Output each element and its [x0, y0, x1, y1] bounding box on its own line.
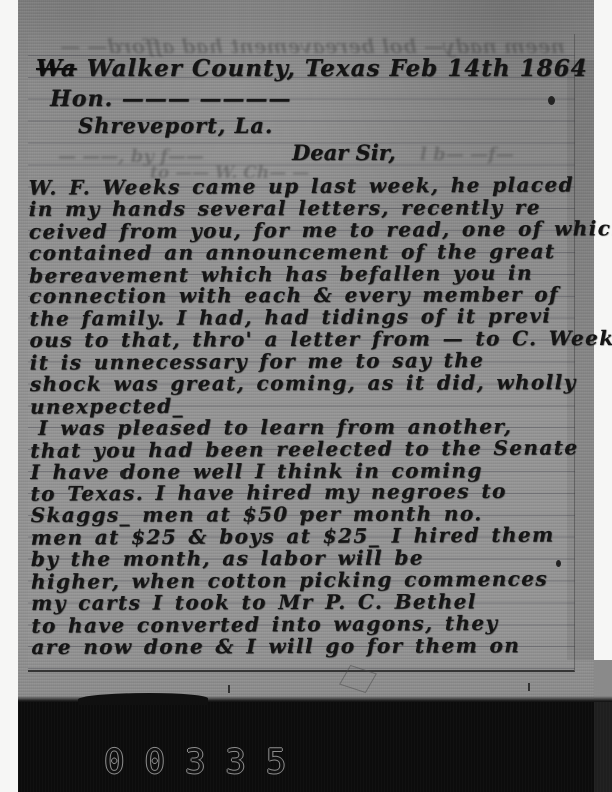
scratched-out-word: Wa [36, 55, 77, 82]
handwriting-line: shock was great, coming, as it did, whol… [30, 372, 578, 396]
handwriting-line: connection with each & every member of [29, 284, 577, 308]
ink-speck [120, 470, 125, 478]
margin-tick-mark [528, 683, 530, 691]
dateline-text: Walker County, Texas Feb 14th 1864 [87, 55, 588, 82]
frame-counter-digits: 00335 [104, 742, 306, 782]
handwriting-line: I was pleased to learn from another, [30, 416, 578, 440]
letter-dateline: WaWalker County, Texas Feb 14th 1864 [36, 55, 588, 82]
letter-body: W. F. Weeks came up last week, he placed… [29, 174, 580, 659]
handwriting-line: are now done & I will go for them on [31, 635, 579, 659]
margin-tick-mark [228, 685, 230, 693]
handwriting-line: I have done well I think in coming [30, 460, 578, 484]
handwriting-line: by the month, as labor will be [31, 547, 579, 571]
handwriting-line: my carts I took to Mr P. C. Bethel [31, 591, 579, 615]
ink-speck [548, 96, 555, 105]
bleedthrough-line: l b— —f— [420, 144, 514, 165]
letter-addressee: Hon. ——— ———— [50, 86, 291, 112]
film-band-right-edge [594, 702, 612, 792]
handwriting-line: contained an announcement of the great [29, 241, 577, 265]
handwriting-line: ous to that, thro' a letter from — to C.… [29, 328, 577, 352]
ink-speck [300, 510, 306, 516]
film-band-edge-bump [78, 693, 208, 705]
ink-speck [556, 560, 561, 567]
handwriting-line: in my hands several letters, recently re [29, 197, 577, 221]
letter-salutation: Dear Sir, [292, 140, 396, 165]
document-scan: neem nady— bol bereavement had afford— —… [0, 0, 612, 792]
letter-place: Shreveport, La. [78, 113, 273, 138]
